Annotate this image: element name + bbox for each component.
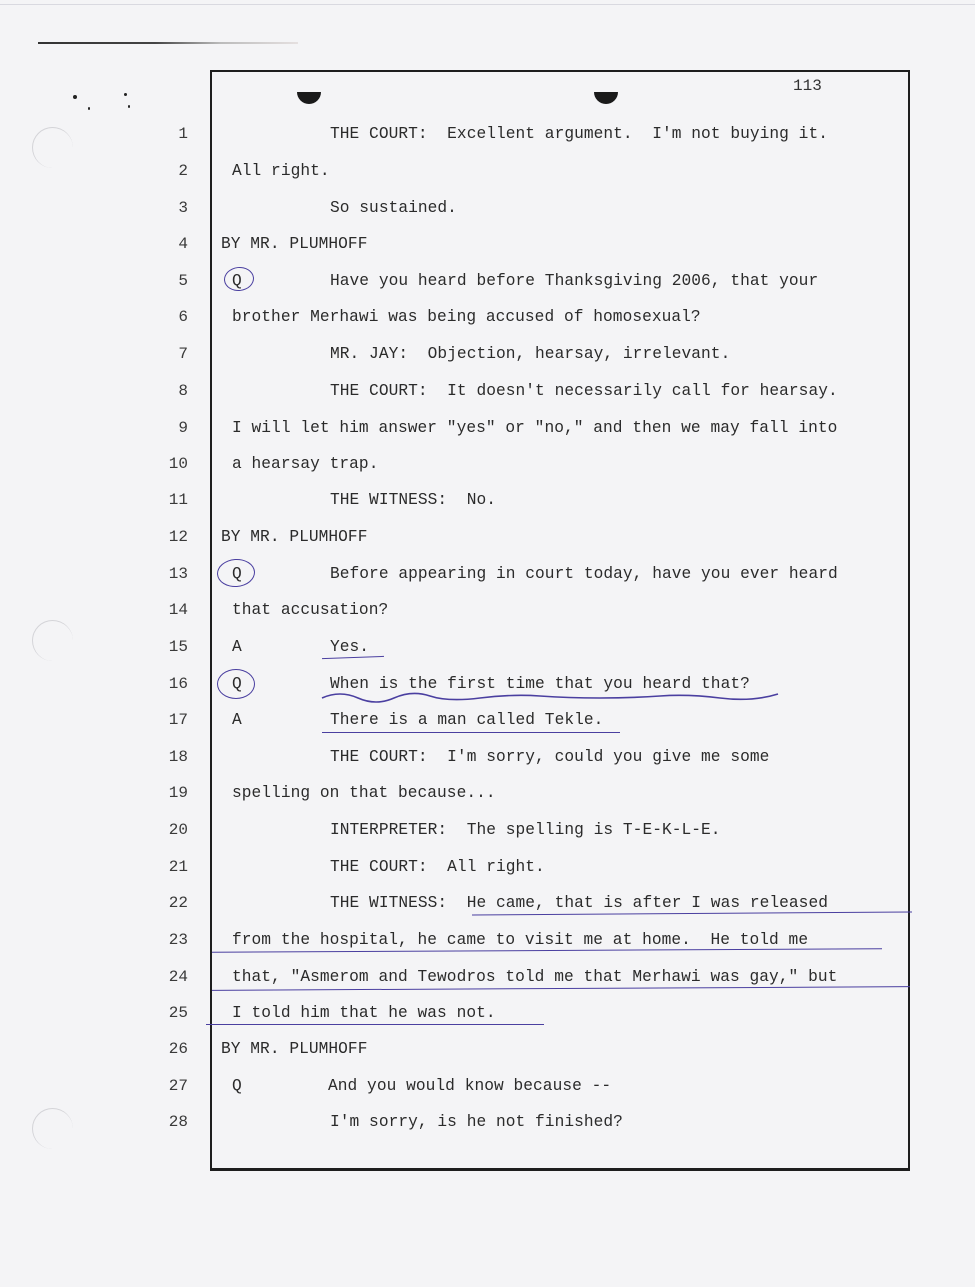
transcript-line-text: All right.	[232, 162, 330, 180]
ink-underline-line-17	[322, 732, 620, 733]
transcript-line-text: that, "Asmerom and Tewodros told me that…	[232, 968, 837, 986]
line-number: 2	[158, 162, 188, 180]
transcript-line-text: THE COURT: It doesn't necessarily call f…	[330, 382, 838, 400]
line-number: 20	[158, 821, 188, 839]
transcript-line-text: THE COURT: Excellent argument. I'm not b…	[330, 125, 828, 143]
transcript-line-text: Yes.	[330, 638, 369, 656]
transcript-line-text: I told him that he was not.	[232, 1004, 496, 1022]
transcript-line-text: THE WITNESS: He came, that is after I wa…	[330, 894, 828, 912]
scan-speck	[124, 93, 127, 96]
line-number: 27	[158, 1077, 188, 1095]
transcript-line-text: THE COURT: I'm sorry, could you give me …	[330, 748, 769, 766]
line-number: 23	[158, 931, 188, 949]
line-number: 11	[158, 491, 188, 509]
line-number: 14	[158, 601, 188, 619]
question-marker: Q	[232, 1077, 242, 1095]
transcript-line-text: BY MR. PLUMHOFF	[221, 1040, 367, 1058]
line-number: 1	[158, 125, 188, 143]
binder-hole-mark	[32, 620, 73, 661]
transcript-line-text: I'm sorry, is he not finished?	[330, 1113, 623, 1131]
ink-wavy-underline-line-16	[320, 690, 780, 704]
answer-marker: A	[232, 638, 242, 656]
transcript-line-text: that accusation?	[232, 601, 388, 619]
line-number: 17	[158, 711, 188, 729]
scan-speck	[73, 95, 77, 99]
header-rule	[38, 42, 298, 44]
ink-underline-line-25	[206, 1024, 544, 1025]
line-number: 22	[158, 894, 188, 912]
transcript-line-text: brother Merhawi was being accused of hom…	[232, 308, 701, 326]
line-number: 19	[158, 784, 188, 802]
line-number: 24	[158, 968, 188, 986]
line-number: 5	[158, 272, 188, 290]
line-number: 25	[158, 1004, 188, 1022]
line-number: 10	[158, 455, 188, 473]
line-number: 16	[158, 675, 188, 693]
line-number: 9	[158, 419, 188, 437]
transcript-line-text: Have you heard before Thanksgiving 2006,…	[330, 272, 818, 290]
transcript-line-text: So sustained.	[330, 199, 457, 217]
line-number: 3	[158, 199, 188, 217]
ink-circle-q-line-16	[217, 669, 255, 699]
line-number: 15	[158, 638, 188, 656]
transcript-line-text: BY MR. PLUMHOFF	[221, 235, 367, 253]
line-number: 13	[158, 565, 188, 583]
transcript-line-text: I will let him answer "yes" or "no," and…	[232, 419, 837, 437]
transcript-line-text: spelling on that because...	[232, 784, 496, 802]
line-number: 21	[158, 858, 188, 876]
transcript-line-text: Before appearing in court today, have yo…	[330, 565, 838, 583]
line-number: 28	[158, 1113, 188, 1131]
transcript-line-text: from the hospital, he came to visit me a…	[232, 931, 808, 949]
transcript-line-text: MR. JAY: Objection, hearsay, irrelevant.	[330, 345, 730, 363]
line-number: 6	[158, 308, 188, 326]
scan-speck	[88, 107, 90, 110]
transcript-line-text: THE WITNESS: No.	[330, 491, 496, 509]
line-number: 12	[158, 528, 188, 546]
transcript-line-text: And you would know because --	[328, 1077, 611, 1095]
transcript-line-text: INTERPRETER: The spelling is T-E-K-L-E.	[330, 821, 721, 839]
line-number: 4	[158, 235, 188, 253]
scan-edge-line	[0, 4, 975, 5]
transcript-line-text: a hearsay trap.	[232, 455, 378, 473]
line-number: 26	[158, 1040, 188, 1058]
line-number: 18	[158, 748, 188, 766]
transcript-line-text: There is a man called Tekle.	[330, 711, 603, 729]
page-number: 113	[793, 77, 822, 95]
scan-speck	[128, 105, 130, 108]
binder-hole-mark	[32, 1108, 73, 1149]
binder-hole-mark	[32, 127, 73, 168]
line-number: 7	[158, 345, 188, 363]
transcript-line-text: THE COURT: All right.	[330, 858, 545, 876]
transcript-line-text: BY MR. PLUMHOFF	[221, 528, 367, 546]
line-number: 8	[158, 382, 188, 400]
answer-marker: A	[232, 711, 242, 729]
